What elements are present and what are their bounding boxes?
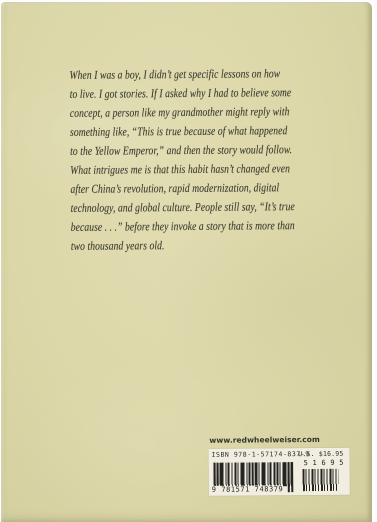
ean-barcode-digits: 9 781571 748379	[211, 485, 284, 494]
quote-line: because . . .” before they invoke a stor…	[71, 216, 295, 237]
price-text: U.S. $16.95	[298, 450, 343, 458]
isbn-text: ISBN 978-1-57174-837-9	[211, 450, 309, 459]
quote-line: something like, “This is true because of…	[70, 121, 294, 142]
price-addon-barcode	[303, 469, 339, 491]
ean-barcode	[214, 462, 293, 487]
quote-line: to the Yellow Emperor,” and then the sto…	[70, 140, 294, 161]
quote-line: two thousand years old.	[71, 235, 295, 256]
book-back-cover-photo: When I was a boy, I didn’t get specific …	[0, 0, 377, 522]
quote-line: concept, a person like my grandmother mi…	[70, 102, 294, 123]
quote-line: after China’s revolution, rapid moderniz…	[70, 178, 294, 199]
barcode-panel: ISBN 978-1-57174-837-9 U.S. $16.95 9 781…	[208, 448, 349, 496]
quote-line: When I was a boy, I didn’t get specific …	[69, 64, 293, 85]
quote-line: technology, and global culture. People s…	[71, 197, 295, 218]
back-cover-quote: When I was a boy, I didn’t get specific …	[69, 64, 351, 256]
publisher-url: www.redwheelweiser.com	[209, 435, 320, 445]
cover-content: When I was a boy, I didn’t get specific …	[0, 1, 374, 522]
quote-line: What intrigues me is that this habit has…	[70, 159, 294, 180]
price-addon-digits: 5 1 6 9 5	[304, 459, 344, 467]
quote-line: to live. I got stories. If I asked why I…	[70, 83, 294, 104]
back-cover: When I was a boy, I didn’t get specific …	[1, 2, 372, 522]
